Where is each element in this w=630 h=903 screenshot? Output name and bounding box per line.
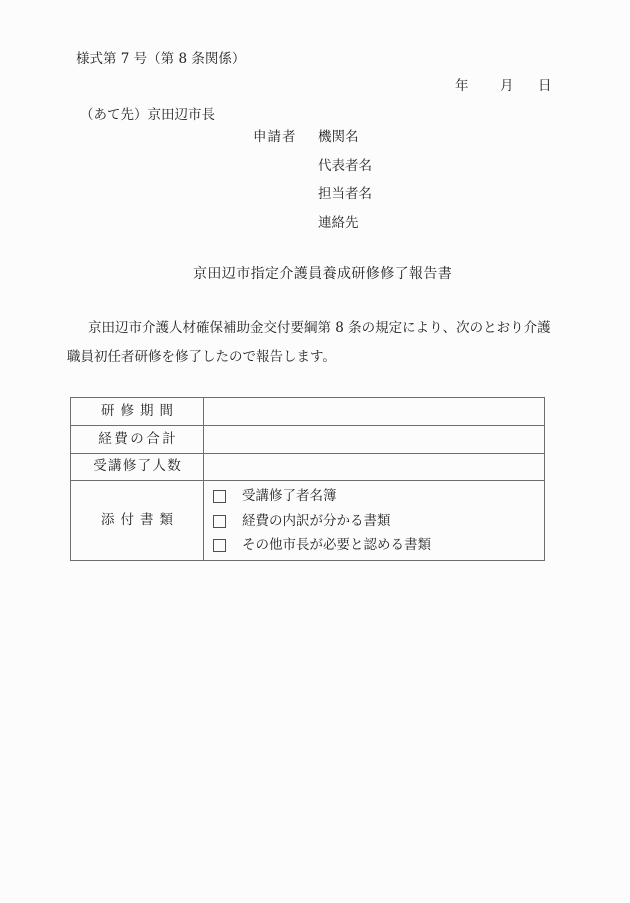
- form-number: 様式第 7 号（第 8 条関係）: [76, 53, 245, 67]
- document-title: 京田辺市指定介護員養成研修修了報告書: [193, 267, 452, 281]
- attachment-label: 受講修了者名簿: [242, 490, 337, 504]
- row-label-total-expenses: 経費の合計: [71, 425, 204, 453]
- total-expenses-value-cell[interactable]: [204, 425, 544, 453]
- attachment-item-other-documents: その他市長が必要と認める書類: [213, 539, 544, 553]
- row-label-training-period: 研修期間: [71, 398, 204, 425]
- applicant-field-contact-info: 連絡先: [318, 217, 359, 231]
- date-year-label: 年: [455, 80, 469, 94]
- attachment-item-roster: 受講修了者名簿: [213, 490, 544, 504]
- date-day-label: 日: [538, 80, 552, 94]
- checkbox-icon[interactable]: [213, 539, 226, 552]
- applicant-field-contact-person-name: 担当者名: [318, 188, 372, 202]
- attachment-item-expense-breakdown: 経費の内訳が分かる書類: [213, 515, 544, 529]
- report-table: 研修期間 経費の合計 受講修了人数 添付書類 受講修了者名簿 経費の内訳が分かる…: [70, 397, 545, 561]
- body-paragraph-line-1: 京田辺市介護人材確保補助金交付要綱第 8 条の規定により、次のとおり介護: [88, 322, 551, 336]
- attachment-label: その他市長が必要と認める書類: [242, 539, 431, 553]
- body-paragraph-line-2: 職員初任者研修を修了したので報告します。: [67, 351, 336, 365]
- document-page: 様式第 7 号（第 8 条関係） 年 月 日 （あて先）京田辺市長 申請者 機関…: [0, 0, 630, 903]
- addressee: （あて先）京田辺市長: [80, 109, 215, 123]
- attachment-label: 経費の内訳が分かる書類: [242, 515, 391, 529]
- row-label-attachments: 添付書類: [71, 480, 204, 560]
- attachments-cell: 受講修了者名簿 経費の内訳が分かる書類 その他市長が必要と認める書類: [204, 480, 544, 560]
- training-period-value-cell[interactable]: [204, 398, 544, 425]
- applicant-field-representative-name: 代表者名: [318, 160, 372, 174]
- applicant-field-organization-name: 機関名: [318, 131, 359, 145]
- applicant-label: 申請者: [253, 131, 297, 145]
- row-label-completed-count: 受講修了人数: [71, 453, 204, 480]
- checkbox-icon[interactable]: [213, 490, 226, 503]
- date-month-label: 月: [500, 80, 514, 94]
- checkbox-icon[interactable]: [213, 515, 226, 528]
- completed-count-value-cell[interactable]: [204, 453, 544, 480]
- date-line: 年 月 日: [0, 80, 630, 96]
